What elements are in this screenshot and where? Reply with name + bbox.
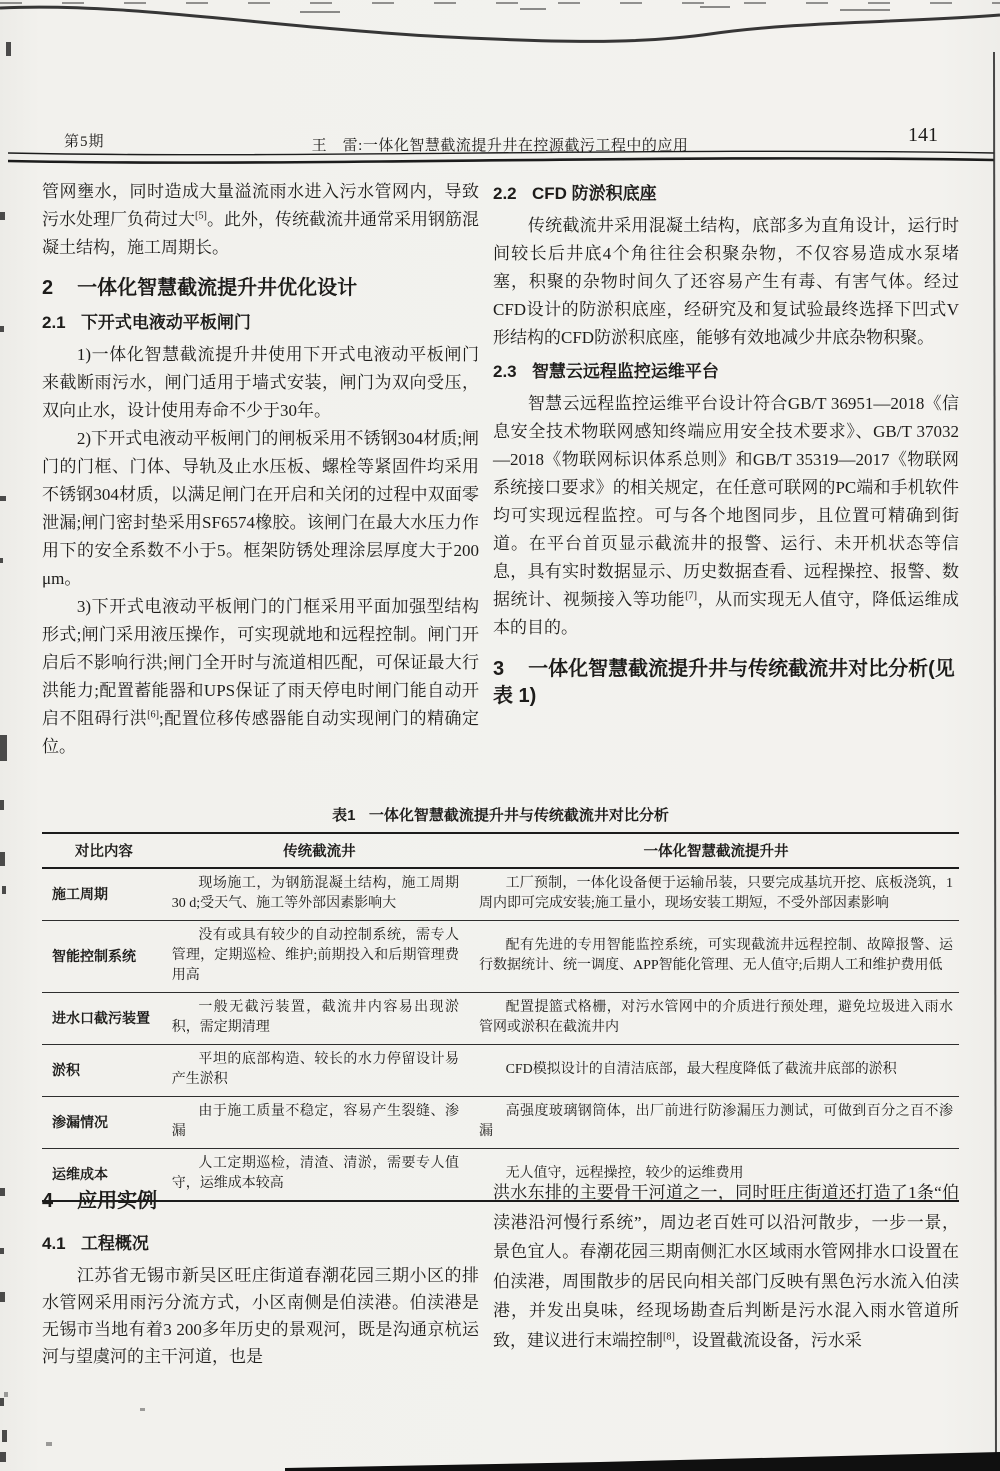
running-title: 王 雷:一体化智慧截流提升井在控源截污工程中的应用 (0, 134, 1000, 155)
traditional-cell: 平坦的底部构造、较长的水力停留设计易产生淤积 (166, 1045, 473, 1097)
subsection-heading-4-1: 4.1工程概况 (42, 1233, 479, 1255)
paragraph-continuation: 洪水东排的主要骨干河道之一，同时旺庄街道还打造了1条“伯渎港沿河慢行系统”，周边… (493, 1178, 959, 1355)
row-item-cell: 施工周期 (42, 868, 166, 921)
column-header: 对比内容 (42, 833, 166, 868)
smart-cell: 高强度玻璃钢筒体，出厂前进行防渗漏压力测试，可做到百分之百不渗漏 (473, 1097, 959, 1149)
right-column: 2.2CFD 防淤积底座 传统截流井采用混凝土结构，底部多为直角设计，运行时间较… (493, 183, 959, 710)
table-header-row: 对比内容 传统截流井 一体化智慧截流提升井 (42, 833, 959, 868)
subsection-title: CFD 防淤积底座 (532, 184, 657, 203)
smart-cell: 工厂预制，一体化设备便于运输吊装，只要完成基坑开挖、底板浇筑，1周内即可完成安装… (473, 868, 959, 921)
subsection-title: 下开式电液动平板闸门 (81, 313, 251, 332)
subsection-number: 2.1 (42, 313, 66, 332)
smart-cell: 配有先进的专用智能监控系统，可实现截流井远程控制、故障报警、运行数据统计、统一调… (473, 921, 959, 993)
subsection-heading-2-2: 2.2CFD 防淤积底座 (493, 183, 959, 205)
comparison-table-block: 表1一体化智慧截流提升井与传统截流井对比分析 对比内容 传统截流井 一体化智慧截… (42, 804, 959, 1202)
paragraph: 2)下开式电液动平板闸门的闸板采用不锈钢304材质;闸门的门框、门体、导轨及止水… (42, 425, 479, 593)
subsection-title: 智慧云远程监控运维平台 (532, 362, 719, 381)
section-heading-2: 2一体化智慧截流提升井优化设计 (42, 275, 479, 302)
bottom-left-column: 4应用实例 4.1工程概况 江苏省无锡市新吴区旺庄街道春潮花园三期小区的排水管网… (42, 1184, 479, 1370)
section-number: 3 (493, 658, 504, 680)
subsection-title: 工程概况 (81, 1234, 149, 1253)
column-header: 一体化智慧截流提升井 (473, 833, 959, 868)
smart-cell: CFD模拟设计的自清洁底部，最大程度降低了截流井底部的淤积 (473, 1045, 959, 1097)
section-title: 应用实例 (77, 1190, 157, 1212)
right-edge-line (994, 52, 996, 1471)
traditional-cell: 没有或具有较少的自动控制系统，需专人管理，定期巡检、维护;前期投入和后期管理费用… (166, 921, 473, 993)
table-row: 淤积 平坦的底部构造、较长的水力停留设计易产生淤积 CFD模拟设计的自清洁底部，… (42, 1045, 959, 1097)
bottom-right-column: 洪水东排的主要骨干河道之一，同时旺庄街道还打造了1条“伯渎港沿河慢行系统”，周边… (493, 1178, 959, 1355)
section-heading-3: 3一体化智慧截流提升井与传统截流井对比分析(见表 1) (493, 656, 959, 710)
paragraph-continuation: 管网壅水，同时造成大量溢流雨水进入污水管网内，导致污水处理厂负荷过大[5]。此外… (42, 178, 479, 262)
section-number: 2 (42, 277, 53, 299)
journal-page: 第5期 王 雷:一体化智慧截流提升井在控源截污工程中的应用 141 管网壅水，同… (0, 0, 1000, 1471)
comparison-table: 对比内容 传统截流井 一体化智慧截流提升井 施工周期 现场施工，为钢筋混凝土结构… (42, 832, 959, 1202)
table-row: 进水口截污装置 一般无截污装置，截流井内容易出现淤积，需定期清理 配置提篮式格栅… (42, 993, 959, 1045)
paragraph: 传统截流井采用混凝土结构，底部多为直角设计，运行时间较长后井底4个角往往会积聚杂… (493, 212, 959, 352)
subsection-heading-2-1: 2.1下开式电液动平板闸门 (42, 312, 479, 334)
header-rule-thick (8, 158, 994, 162)
top-scan-line (0, 7, 1000, 41)
page-number: 141 (908, 124, 938, 147)
traditional-cell: 一般无截污装置，截流井内容易出现淤积，需定期清理 (166, 993, 473, 1045)
table-caption: 表1一体化智慧截流提升井与传统截流井对比分析 (42, 804, 959, 825)
row-item-cell: 淤积 (42, 1045, 166, 1097)
table-caption-label: 表1 (332, 807, 355, 824)
subsection-heading-2-3: 2.3智慧云远程监控运维平台 (493, 361, 959, 383)
subsection-number: 2.3 (493, 362, 517, 381)
section-title: 一体化智慧截流提升井与传统截流井对比分析(见表 1) (493, 658, 955, 707)
section-heading-4: 4应用实例 (42, 1188, 479, 1215)
paragraph: 3)下开式电液动平板闸门的门框采用平面加强型结构形式;闸门采用液压操作，可实现就… (42, 593, 479, 761)
section-number: 4 (42, 1190, 53, 1212)
paragraph: 智慧云远程监控运维平台设计符合GB/T 36951—2018《信息安全技术物联网… (493, 390, 959, 642)
page-header: 第5期 王 雷:一体化智慧截流提升井在控源截污工程中的应用 141 (0, 124, 1000, 158)
table-row: 施工周期 现场施工，为钢筋混凝土结构，施工周期30 d;受天气、施工等外部因素影… (42, 868, 959, 921)
subsection-number: 4.1 (42, 1234, 66, 1253)
table-row: 智能控制系统 没有或具有较少的自动控制系统，需专人管理，定期巡检、维护;前期投入… (42, 921, 959, 993)
traditional-cell: 现场施工，为钢筋混凝土结构，施工周期30 d;受天气、施工等外部因素影响大 (166, 868, 473, 921)
subsection-number: 2.2 (493, 184, 517, 203)
top-scan-specks (300, 7, 890, 12)
bottom-scan-band (285, 1452, 1000, 1471)
row-item-cell: 智能控制系统 (42, 921, 166, 993)
left-column: 管网壅水，同时造成大量溢流雨水进入污水管网内，导致污水处理厂负荷过大[5]。此外… (42, 178, 479, 761)
column-header: 传统截流井 (166, 833, 473, 868)
row-item-cell: 进水口截污装置 (42, 993, 166, 1045)
bottom-left-specks (4, 1392, 145, 1446)
table-row: 渗漏情况 由于施工质量不稳定，容易产生裂缝、渗漏 高强度玻璃钢筒体，出厂前进行防… (42, 1097, 959, 1149)
paragraph: 江苏省无锡市新吴区旺庄街道春潮花园三期小区的排水管网采用雨污分流方式，小区南侧是… (42, 1262, 479, 1370)
paragraph: 1)一体化智慧截流提升井使用下开式电液动平板闸门来截断雨污水，闸门适用于墙式安装… (42, 341, 479, 425)
traditional-cell: 由于施工质量不稳定，容易产生裂缝、渗漏 (166, 1097, 473, 1149)
row-item-cell: 渗漏情况 (42, 1097, 166, 1149)
left-edge-marks (0, 42, 11, 1462)
smart-cell: 配置提篮式格栅，对污水管网中的介质进行预处理，避免垃圾进入雨水管网或淤积在截流井… (473, 993, 959, 1045)
table-caption-text: 一体化智慧截流提升井与传统截流井对比分析 (369, 807, 669, 824)
section-title: 一体化智慧截流提升井优化设计 (77, 277, 357, 299)
